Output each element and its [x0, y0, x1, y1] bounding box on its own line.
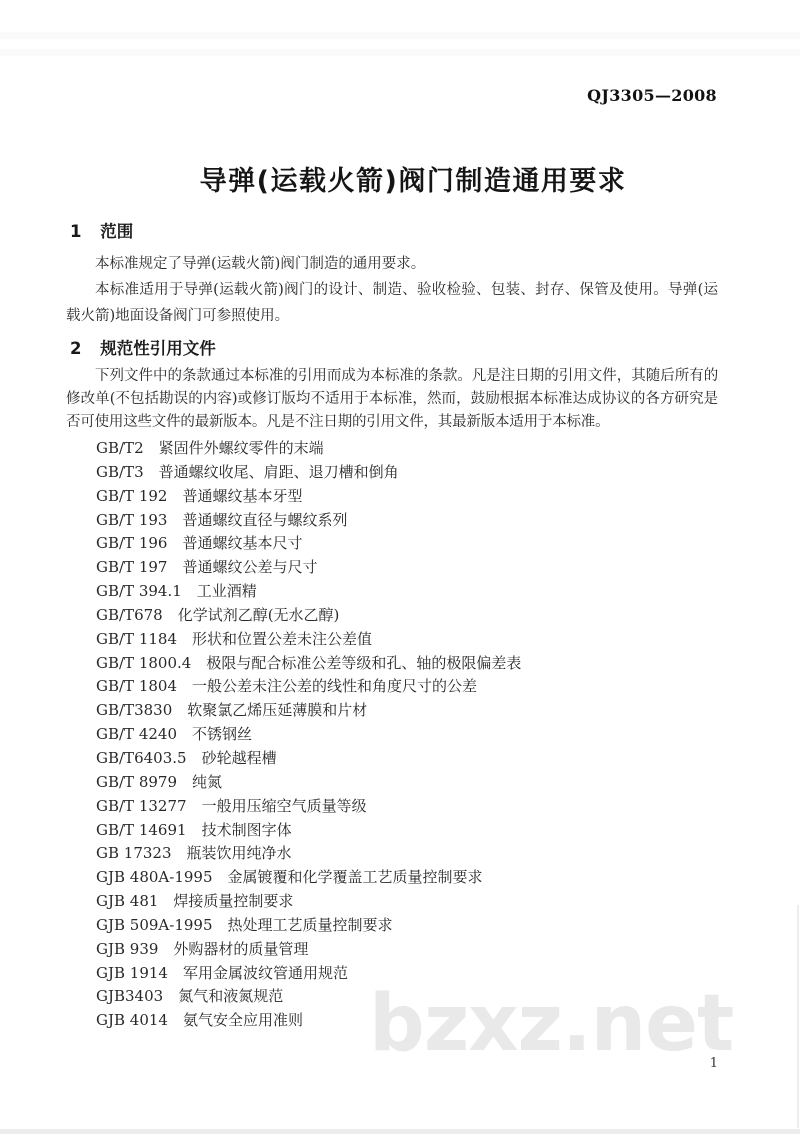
reference-title: 军用金属波纹管通用规范 [183, 964, 348, 982]
reference-item: GB/T3830软聚氯乙烯压延薄膜和片材 [96, 699, 521, 723]
reference-item: GB/T 1800.4极限与配合标准公差等级和孔、轴的极限偏差表 [96, 652, 521, 676]
reference-title: 形状和位置公差未注公差值 [192, 630, 372, 648]
reference-item: GB/T2紧固件外螺纹零件的末端 [96, 437, 521, 461]
reference-item: GB/T 14691技术制图字体 [96, 819, 521, 843]
reference-item: GB/T6403.5砂轮越程槽 [96, 747, 521, 771]
reference-item: GJB3403氮气和液氮规范 [96, 985, 521, 1009]
reference-item: GJB 939外购器材的质量管理 [96, 938, 521, 962]
reference-code: GJB 1914 [96, 962, 168, 986]
scan-artifact-band [0, 32, 800, 39]
reference-code: GJB 481 [96, 890, 158, 914]
reference-title: 一般用压缩空气质量等级 [202, 797, 367, 815]
reference-item: GB/T 196普通螺纹基本尺寸 [96, 532, 521, 556]
reference-code: GJB 939 [96, 938, 158, 962]
standard-number: QJ3305—2008 [587, 86, 717, 105]
reference-title: 氮气和液氮规范 [178, 987, 283, 1005]
reference-item: GB 17323瓶装饮用纯净水 [96, 842, 521, 866]
reference-item: GJB 481焊接质量控制要求 [96, 890, 521, 914]
reference-item: GB/T 1804一般公差未注公差的线性和角度尺寸的公差 [96, 675, 521, 699]
reference-item: GJB 1914军用金属波纹管通用规范 [96, 962, 521, 986]
reference-code: GB/T 394.1 [96, 580, 182, 604]
reference-code: GB/T 14691 [96, 819, 187, 843]
references-list: GB/T2紧固件外螺纹零件的末端GB/T3普通螺纹收尾、肩距、退刀槽和倒角GB/… [96, 437, 521, 1033]
reference-title: 瓶装饮用纯净水 [187, 844, 292, 862]
reference-code: GB/T 197 [96, 556, 167, 580]
reference-code: GJB3403 [96, 985, 163, 1009]
reference-code: GB/T 1800.4 [96, 652, 191, 676]
scan-bottom-edge [0, 1129, 800, 1134]
reference-title: 紧固件外螺纹零件的末端 [159, 439, 324, 457]
reference-title: 纯氮 [192, 773, 222, 791]
reference-item: GB/T 193普通螺纹直径与螺纹系列 [96, 509, 521, 533]
reference-code: GB 17323 [96, 842, 172, 866]
reference-code: GB/T6403.5 [96, 747, 187, 771]
reference-code: GJB 480A-1995 [96, 866, 213, 890]
reference-title: 工业酒精 [197, 582, 257, 600]
reference-title: 氨气安全应用准则 [183, 1011, 303, 1029]
reference-code: GB/T 1804 [96, 675, 177, 699]
reference-code: GB/T3830 [96, 699, 172, 723]
reference-title: 一般公差未注公差的线性和角度尺寸的公差 [192, 677, 477, 695]
reference-title: 软聚氯乙烯压延薄膜和片材 [187, 701, 367, 719]
reference-code: GB/T 1184 [96, 628, 177, 652]
reference-title: 不锈钢丝 [192, 725, 252, 743]
reference-code: GB/T678 [96, 604, 163, 628]
document-title: 导弹(运载火箭)阀门制造通用要求 [26, 159, 800, 198]
reference-title: 砂轮越程槽 [202, 749, 277, 767]
reference-item: GB/T 13277一般用压缩空气质量等级 [96, 795, 521, 819]
reference-code: GB/T 193 [96, 509, 167, 533]
references-intro-paragraph: 下列文件中的条款通过本标准的引用而成为本标准的条款。凡是注日期的引用文件，其随后… [66, 365, 718, 435]
reference-code: GB/T3 [96, 461, 144, 485]
reference-title: 焊接质量控制要求 [173, 892, 293, 910]
reference-code: GJB 509A-1995 [96, 914, 213, 938]
reference-item: GB/T 8979纯氮 [96, 771, 521, 795]
reference-code: GB/T 4240 [96, 723, 177, 747]
reference-item: GJB 4014氨气安全应用准则 [96, 1009, 521, 1033]
reference-title: 普通螺纹收尾、肩距、退刀槽和倒角 [159, 463, 399, 481]
reference-item: GB/T 4240不锈钢丝 [96, 723, 521, 747]
section-2-heading: 2 规范性引用文件 [70, 335, 216, 359]
scope-paragraph-1: 本标准规定了导弹(运载火箭)阀门制造的通用要求。 [66, 251, 718, 277]
scope-paragraph-2: 本标准适用于导弹(运载火箭)阀门的设计、制造、验收检验、包装、封存、保管及使用。… [66, 277, 718, 329]
reference-title: 普通螺纹基本尺寸 [182, 534, 302, 552]
reference-item: GB/T 192普通螺纹基本牙型 [96, 485, 521, 509]
reference-code: GB/T 192 [96, 485, 167, 509]
document-page: QJ3305—2008 导弹(运载火箭)阀门制造通用要求 1 范围 本标准规定了… [0, 0, 800, 1134]
scan-right-edge [797, 905, 799, 1128]
section-1-number: 1 [70, 222, 81, 241]
reference-item: GB/T678化学试剂乙醇(无水乙醇) [96, 604, 521, 628]
reference-item: GB/T 1184形状和位置公差未注公差值 [96, 628, 521, 652]
reference-title: 普通螺纹直径与螺纹系列 [182, 511, 347, 529]
reference-item: GB/T 394.1工业酒精 [96, 580, 521, 604]
page-number: 1 [710, 1056, 718, 1071]
section-1-heading: 1 范围 [70, 218, 133, 242]
reference-title: 普通螺纹基本牙型 [182, 487, 302, 505]
reference-code: GB/T 13277 [96, 795, 187, 819]
section-2-title: 规范性引用文件 [100, 339, 216, 358]
reference-item: GB/T3普通螺纹收尾、肩距、退刀槽和倒角 [96, 461, 521, 485]
scan-artifact-band [0, 49, 800, 56]
reference-item: GB/T 197普通螺纹公差与尺寸 [96, 556, 521, 580]
reference-title: 热处理工艺质量控制要求 [228, 916, 393, 934]
reference-item: GJB 480A-1995金属镀覆和化学覆盖工艺质量控制要求 [96, 866, 521, 890]
reference-title: 技术制图字体 [202, 821, 292, 839]
reference-code: GJB 4014 [96, 1009, 168, 1033]
reference-title: 极限与配合标准公差等级和孔、轴的极限偏差表 [206, 654, 521, 672]
section-1-title: 范围 [100, 222, 133, 241]
reference-code: GB/T2 [96, 437, 144, 461]
reference-code: GB/T 196 [96, 532, 167, 556]
reference-item: GJB 509A-1995热处理工艺质量控制要求 [96, 914, 521, 938]
reference-code: GB/T 8979 [96, 771, 177, 795]
section-2-number: 2 [70, 339, 81, 358]
reference-title: 金属镀覆和化学覆盖工艺质量控制要求 [228, 868, 483, 886]
reference-title: 化学试剂乙醇(无水乙醇) [178, 606, 340, 624]
reference-title: 普通螺纹公差与尺寸 [182, 558, 317, 576]
reference-title: 外购器材的质量管理 [173, 940, 308, 958]
